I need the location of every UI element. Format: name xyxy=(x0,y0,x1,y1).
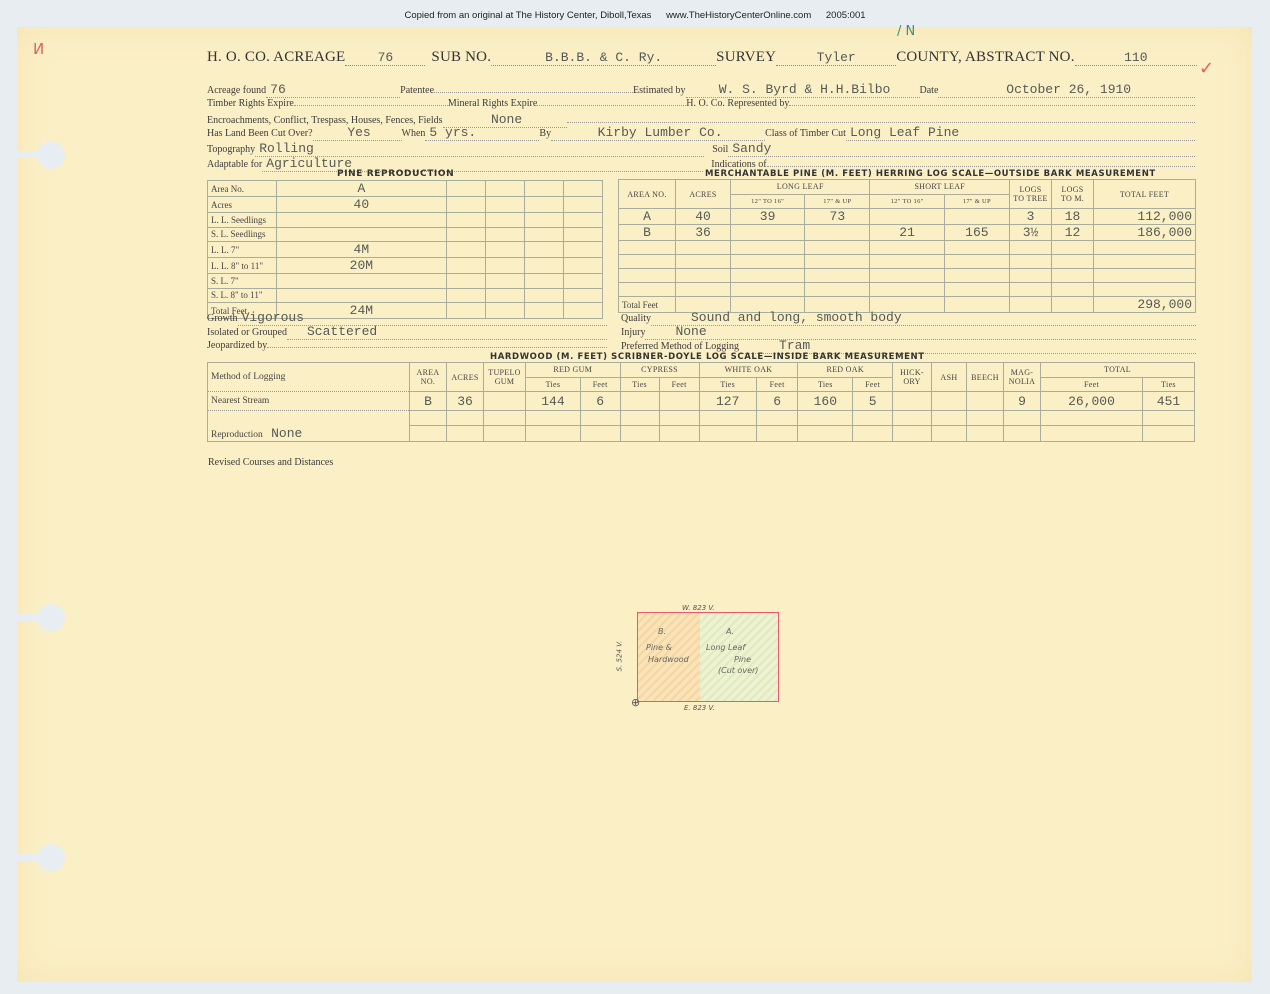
method-logging-cell: Method of Logging xyxy=(208,363,410,392)
binder-hole xyxy=(37,844,65,872)
soil-value: Sandy xyxy=(728,141,1195,157)
reproduction-value: None xyxy=(271,426,302,441)
pine-reproduction-cell xyxy=(524,213,563,228)
mp-ll-12-16 xyxy=(731,269,805,283)
red-pencil-mark: И xyxy=(33,40,44,58)
revised-courses-text: Revised Courses and Distances xyxy=(208,457,333,468)
hw-col-ash: ASH xyxy=(932,363,967,392)
mp-sl-12-16 xyxy=(870,255,944,269)
hw-col-acres: ACRES xyxy=(447,363,484,392)
row-cut-over: Has Land Been Cut Over? Yes When 5 yrs. … xyxy=(207,125,1195,141)
hw-area: B xyxy=(410,392,447,411)
hw-tupelo xyxy=(484,392,526,411)
date-value: October 26, 1910 xyxy=(938,82,1195,98)
hw-hickory xyxy=(893,392,932,411)
mp-area xyxy=(619,241,676,255)
mp-total-feet xyxy=(1094,269,1196,283)
pine-reproduction-table: Area No.AAcres40L. L. SeedlingsS. L. See… xyxy=(207,180,603,319)
pine-reproduction-cell xyxy=(485,181,524,197)
col-area-no: AREA NO. xyxy=(619,180,676,209)
hw-col-red-gum: RED GUM xyxy=(526,363,621,378)
mp-logs-to-tree: 3 xyxy=(1010,209,1052,225)
sub-no-value: B.B.B. & C. Ry. xyxy=(491,50,716,66)
area-b-desc: Pine & xyxy=(646,643,672,652)
mp-acres: 36 xyxy=(676,225,731,241)
nearest-stream-label: Nearest Stream xyxy=(211,396,269,406)
patentee-label: Patentee xyxy=(400,85,434,96)
hw-acres: 36 xyxy=(447,392,484,411)
mp-logs-to-m: 12 xyxy=(1052,225,1094,241)
hw-sub-ties: Ties xyxy=(526,377,581,392)
mp-sl-12-16: 21 xyxy=(870,225,944,241)
preferred-logging-label: Preferred Method of Logging xyxy=(621,341,739,352)
sketch-west-call: S. 524 V. xyxy=(615,641,623,672)
pine-reproduction-cell xyxy=(446,288,485,303)
binder-slit xyxy=(17,614,41,621)
class-timber-value: Long Leaf Pine xyxy=(846,125,1195,141)
teal-pencil-mark: / Ν xyxy=(897,24,915,39)
acreage-found-value: 76 xyxy=(266,82,400,98)
hw-col-magnolia: MAG- NOLIA xyxy=(1004,363,1041,392)
merchantable-pine-row xyxy=(619,255,1196,269)
blank-line xyxy=(567,122,1195,123)
adaptable-label: Adaptable for xyxy=(207,159,262,170)
mp-sl-17-up xyxy=(944,255,1009,269)
pine-reproduction-row: Acres40 xyxy=(208,197,603,213)
hardwood-row: Nearest Stream B 36 144 6 127 6 160 5 9 … xyxy=(208,392,1195,411)
pine-reproduction-cell xyxy=(563,242,602,258)
mp-area: B xyxy=(619,225,676,241)
mp-sl-12-16 xyxy=(870,283,944,297)
area-a-desc: Pine xyxy=(734,655,751,664)
pine-reproduction-cell: A xyxy=(277,181,447,197)
area-b-letter: B. xyxy=(658,627,666,636)
mp-ll-17-up xyxy=(805,241,870,255)
sub-no-label: SUB NO. xyxy=(431,49,491,66)
jeopardized-label: Jeopardized by xyxy=(207,340,267,351)
mp-ll-17-up xyxy=(805,255,870,269)
estimated-by-label: Estimated by xyxy=(633,85,686,96)
pine-reproduction-cell xyxy=(563,288,602,303)
row-topography: Topography Rolling Soil Sandy xyxy=(207,141,1195,157)
pine-reproduction-row: S. L. 7" xyxy=(208,274,603,289)
corner-marker-icon: ⊕ xyxy=(631,696,640,709)
mp-acres xyxy=(676,255,731,269)
mp-logs-to-tree xyxy=(1010,283,1052,297)
timber-rights-label: Timber Rights Expire xyxy=(207,98,294,109)
pine-reproduction-cell xyxy=(277,213,447,228)
row-label: L. L. 7" xyxy=(208,242,277,258)
col-ll-12-16: 12" TO 16" xyxy=(731,194,805,209)
jeopardized-row: Jeopardized by xyxy=(207,340,607,351)
mp-area xyxy=(619,269,676,283)
hw-col-cypress: CYPRESS xyxy=(620,363,699,378)
col-ll-17-up: 17" & UP xyxy=(805,194,870,209)
hw-col-hickory: HICK- ORY xyxy=(893,363,932,392)
mp-ll-17-up xyxy=(805,283,870,297)
mp-logs-to-tree xyxy=(1010,255,1052,269)
mp-ll-17-up xyxy=(805,225,870,241)
hw-total-ties: 451 xyxy=(1143,392,1195,411)
mp-sl-17-up xyxy=(944,209,1009,225)
pine-reproduction-cell: 40 xyxy=(277,197,447,213)
timber-rights-value xyxy=(294,105,448,106)
pine-reproduction-row: L. L. Seedlings xyxy=(208,213,603,228)
col-total-feet: TOTAL FEET xyxy=(1094,180,1196,209)
sketch-south-call: E. 823 V. xyxy=(684,704,715,712)
hardwood-row-reproduction: Reproduction None xyxy=(208,425,1195,442)
banner-source: Copied from an original at The History C… xyxy=(404,10,651,21)
col-logs-to-m: LOGS TO M. xyxy=(1052,180,1094,209)
patentee-value xyxy=(434,92,633,93)
mp-area xyxy=(619,283,676,297)
pine-reproduction-row: S. L. 8" to 11" xyxy=(208,288,603,303)
acreage-found-label: Acreage found xyxy=(207,85,266,96)
pine-reproduction-cell xyxy=(524,288,563,303)
pine-reproduction-row: L. L. 8" to 11"20M xyxy=(208,258,603,274)
by-label: By xyxy=(539,128,551,139)
estimated-by-value: W. S. Byrd & H.H.Bilbo xyxy=(686,82,920,98)
binder-slit xyxy=(17,151,41,158)
mp-ll-12-16: 39 xyxy=(731,209,805,225)
mp-logs-to-m xyxy=(1052,283,1094,297)
growth-label: Growth xyxy=(207,313,238,324)
pine-reproduction-cell xyxy=(446,258,485,274)
hw-red-oak-ties: 160 xyxy=(798,392,853,411)
row-label: S. L. 7" xyxy=(208,274,277,289)
col-short-leaf: SHORT LEAF xyxy=(870,180,1010,195)
row-label: S. L. 8" to 11" xyxy=(208,288,277,303)
hardwood-title: HARDWOOD (M. FEET) SCRIBNER-DOYLE LOG SC… xyxy=(490,352,925,362)
mp-total-feet xyxy=(1094,283,1196,297)
pine-reproduction-row: Area No.A xyxy=(208,181,603,197)
represented-by-value xyxy=(789,105,1195,106)
binder-hole xyxy=(37,141,65,169)
pine-reproduction-cell xyxy=(524,242,563,258)
mp-ll-17-up xyxy=(805,269,870,283)
col-acres: ACRES xyxy=(676,180,731,209)
hw-col-tupelo: TUPELO GUM xyxy=(484,363,526,392)
hw-sub-feet: Feet xyxy=(853,377,893,392)
when-label: When xyxy=(402,128,426,139)
mp-ll-17-up: 73 xyxy=(805,209,870,225)
mp-ll-12-16 xyxy=(731,225,805,241)
jeopardized-value xyxy=(267,347,607,348)
pine-reproduction-cell xyxy=(485,258,524,274)
pine-reproduction-cell xyxy=(446,227,485,242)
mp-total-feet xyxy=(1094,255,1196,269)
pine-reproduction-cell xyxy=(524,258,563,274)
row-label: S. L. Seedlings xyxy=(208,227,277,242)
hw-sub-feet: Feet xyxy=(756,377,798,392)
hw-white-oak-feet: 6 xyxy=(756,392,798,411)
pine-reproduction-row: L. L. 7"4M xyxy=(208,242,603,258)
isolated-label: Isolated or Grouped xyxy=(207,327,287,338)
pine-reproduction-row: S. L. Seedlings xyxy=(208,227,603,242)
mp-logs-to-tree xyxy=(1010,269,1052,283)
mp-sl-12-16 xyxy=(870,209,944,225)
reproduction-cell: Reproduction None xyxy=(208,425,410,442)
col-long-leaf: LONG LEAF xyxy=(731,180,870,195)
by-value: Kirby Lumber Co. xyxy=(551,125,765,141)
mineral-rights-value xyxy=(537,105,686,106)
mp-area xyxy=(619,255,676,269)
pine-reproduction-cell xyxy=(524,197,563,213)
topography-value: Rolling xyxy=(255,141,704,157)
pine-reproduction-cell xyxy=(524,227,563,242)
col-sl-17-up: 17" & UP xyxy=(944,194,1009,209)
acreage-value: 76 xyxy=(345,50,425,66)
mp-sl-17-up xyxy=(944,241,1009,255)
binder-hole xyxy=(37,604,65,632)
pine-reproduction-cell xyxy=(485,227,524,242)
merchantable-pine-row xyxy=(619,241,1196,255)
hw-cypress-ties xyxy=(620,392,659,411)
method-logging-label: Method of Logging xyxy=(211,372,285,382)
pine-reproduction-cell xyxy=(524,181,563,197)
pine-reproduction-cell xyxy=(563,181,602,197)
hw-col-red-oak: RED OAK xyxy=(798,363,893,378)
reproduction-label: Reproduction xyxy=(211,430,263,440)
isolated-value: Scattered xyxy=(287,324,607,340)
pine-reproduction-cell xyxy=(485,242,524,258)
area-a-letter: A. xyxy=(726,627,734,636)
col-logs-to-tree: LOGS TO TREE xyxy=(1010,180,1052,209)
pine-reproduction-cell xyxy=(524,274,563,289)
hw-total-feet: 26,000 xyxy=(1041,392,1143,411)
banner-collection-no: 2005:001 xyxy=(826,10,866,21)
pine-reproduction-cell xyxy=(485,213,524,228)
pine-reproduction-cell xyxy=(277,274,447,289)
pine-reproduction-cell: 20M xyxy=(277,258,447,274)
mp-acres xyxy=(676,269,731,283)
area-b-desc: Hardwood xyxy=(648,655,689,664)
hw-sub-feet: Feet xyxy=(580,377,620,392)
mp-acres xyxy=(676,241,731,255)
pine-reproduction-title: PINE REPRODUCTION xyxy=(337,169,454,179)
mp-total-feet: 186,000 xyxy=(1094,225,1196,241)
mineral-rights-label: Mineral Rights Expire xyxy=(448,98,537,109)
nearest-stream-cell: Nearest Stream xyxy=(208,392,410,411)
isolated-row: Isolated or Grouped Scattered xyxy=(207,324,607,340)
hw-sub-feet: Feet xyxy=(659,377,699,392)
pine-reproduction-cell xyxy=(446,197,485,213)
merchantable-pine-row: B36211653½12186,000 xyxy=(619,225,1196,241)
merchantable-pine-title: MERCHANTABLE PINE (M. FEET) HERRING LOG … xyxy=(705,169,1156,179)
mp-total-feet: 112,000 xyxy=(1094,209,1196,225)
pine-reproduction-cell xyxy=(446,242,485,258)
hw-sub-ties: Ties xyxy=(798,377,853,392)
county-abstract-label: COUNTY, ABSTRACT NO. xyxy=(896,49,1074,66)
hardwood-table: Method of Logging AREA NO. ACRES TUPELO … xyxy=(207,362,1195,442)
hw-ash xyxy=(932,392,967,411)
survey-sketch-map: B. Pine & Hardwood A. Long Leaf Pine (Cu… xyxy=(637,612,779,702)
hw-white-oak-ties: 127 xyxy=(699,392,756,411)
hw-sub-ties: Ties xyxy=(699,377,756,392)
row-label: Acres xyxy=(208,197,277,213)
mp-sl-17-up xyxy=(944,283,1009,297)
row-label: Area No. xyxy=(208,181,277,197)
pine-reproduction-cell xyxy=(485,288,524,303)
quality-label: Quality xyxy=(621,313,651,324)
mp-ll-12-16 xyxy=(731,283,805,297)
mp-logs-to-m xyxy=(1052,255,1094,269)
acreage-label: H. O. CO. ACREAGE xyxy=(207,49,345,66)
pine-reproduction-cell xyxy=(277,288,447,303)
archive-banner: Copied from an original at The History C… xyxy=(0,10,1270,21)
hw-sub-ties: Ties xyxy=(620,377,659,392)
form-header: H. O. CO. ACREAGE 76 SUB NO. B.B.B. & C.… xyxy=(207,49,1197,66)
hw-beech xyxy=(967,392,1004,411)
pine-reproduction-cell xyxy=(277,227,447,242)
merchantable-pine-row: A403973318112,000 xyxy=(619,209,1196,225)
cut-over-label: Has Land Been Cut Over? xyxy=(207,128,313,139)
mp-sl-12-16 xyxy=(870,241,944,255)
pine-reproduction-cell xyxy=(485,274,524,289)
banner-website: www.TheHistoryCenterOnline.com xyxy=(666,10,811,21)
mp-total-feet xyxy=(1094,241,1196,255)
mp-area: A xyxy=(619,209,676,225)
area-a-desc: Long Leaf xyxy=(706,643,745,652)
mp-logs-to-m: 18 xyxy=(1052,209,1094,225)
pine-reproduction-cell xyxy=(446,274,485,289)
pine-reproduction-cell xyxy=(563,274,602,289)
row-label: L. L. 8" to 11" xyxy=(208,258,277,274)
mp-ll-12-16 xyxy=(731,255,805,269)
mp-sl-12-16 xyxy=(870,269,944,283)
adaptable-value: Agriculture xyxy=(262,156,703,172)
mp-acres xyxy=(676,283,731,297)
cut-over-value: Yes xyxy=(313,125,402,141)
pine-reproduction-cell xyxy=(446,181,485,197)
hw-sub-total-feet: Feet xyxy=(1041,377,1143,392)
topography-label: Topography xyxy=(207,144,255,155)
abstract-value: 110 xyxy=(1075,50,1197,66)
survey-label: SURVEY xyxy=(716,49,776,66)
mp-logs-to-m xyxy=(1052,269,1094,283)
row-label: L. L. Seedlings xyxy=(208,213,277,228)
pine-reproduction-cell xyxy=(563,258,602,274)
class-timber-label: Class of Timber Cut xyxy=(765,128,846,139)
checkmark-icon: ✓ xyxy=(1199,58,1214,79)
pine-reproduction-cell xyxy=(563,213,602,228)
col-sl-12-16: 12" TO 16" xyxy=(870,194,944,209)
pine-reproduction-cell xyxy=(563,197,602,213)
hw-col-white-oak: WHITE OAK xyxy=(699,363,798,378)
pine-reproduction-cell xyxy=(446,213,485,228)
hw-magnolia: 9 xyxy=(1004,392,1041,411)
sketch-north-call: W. 823 V. xyxy=(682,604,715,612)
merchantable-pine-row xyxy=(619,269,1196,283)
row-rights: Timber Rights Expire Mineral Rights Expi… xyxy=(207,98,1195,109)
survey-value: Tyler xyxy=(776,50,896,66)
injury-label: Injury xyxy=(621,327,645,338)
pine-reproduction-cell xyxy=(485,197,524,213)
mp-acres: 40 xyxy=(676,209,731,225)
hw-red-oak-feet: 5 xyxy=(853,392,893,411)
date-label: Date xyxy=(920,85,939,96)
hw-red-gum-ties: 144 xyxy=(526,392,581,411)
mp-ll-12-16 xyxy=(731,241,805,255)
pine-reproduction-cell xyxy=(563,227,602,242)
pine-reproduction-cell: 4M xyxy=(277,242,447,258)
indications-value xyxy=(767,166,1195,167)
mp-sl-17-up: 165 xyxy=(944,225,1009,241)
hw-red-gum-feet: 6 xyxy=(580,392,620,411)
hw-col-beech: BEECH xyxy=(967,363,1004,392)
hw-cypress-feet xyxy=(659,392,699,411)
revised-courses-label: Revised Courses and Distances xyxy=(208,457,333,468)
row-acreage: Acreage found 76 Patentee Estimated by W… xyxy=(207,82,1195,98)
area-a-desc: (Cut over) xyxy=(718,666,758,675)
merchantable-pine-row xyxy=(619,283,1196,297)
hardwood-row-empty xyxy=(208,411,1195,426)
hw-col-total: TOTAL xyxy=(1041,363,1195,378)
binder-slit xyxy=(17,854,41,861)
when-value: 5 yrs. xyxy=(425,125,539,141)
represented-by-label: H. O. Co. Represented by xyxy=(686,98,789,109)
merchantable-pine-table: AREA NO. ACRES LONG LEAF SHORT LEAF LOGS… xyxy=(618,179,1196,313)
mp-sl-17-up xyxy=(944,269,1009,283)
mp-logs-to-m xyxy=(1052,241,1094,255)
hw-sub-total-ties: Ties xyxy=(1143,377,1195,392)
mp-logs-to-tree xyxy=(1010,241,1052,255)
mp-logs-to-tree: 3½ xyxy=(1010,225,1052,241)
soil-label: Soil xyxy=(712,144,728,155)
hw-col-area: AREA NO. xyxy=(410,363,447,392)
